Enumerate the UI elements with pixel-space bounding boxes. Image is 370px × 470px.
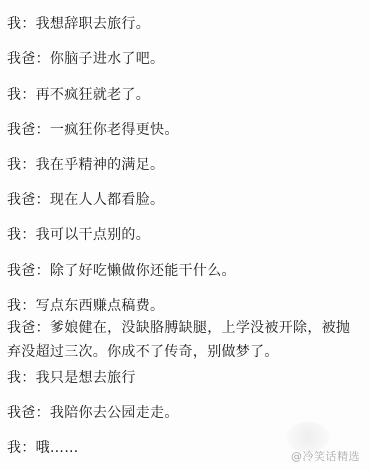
dialogue-text: 你脑子进水了吧。 [50,51,164,67]
dialogue-line: 我：再不疯狂就老了。 [7,85,359,106]
speaker-label: 我爸 [7,263,36,279]
dialogue-page: 我：我想辞职去旅行。我爸：你脑子进水了吧。我：再不疯狂就老了。我爸：一疯狂你老得… [0,0,370,470]
dialogue-line: 我爸：一疯狂你老得更快。 [7,120,359,141]
separator: ： [21,227,35,243]
speaker-label: 我 [7,16,21,32]
separator: ： [36,192,50,208]
dialogue-text: 再不疯狂就老了。 [36,87,150,103]
separator: ： [21,298,35,314]
separator: ： [36,405,50,421]
dialogue-line: 我：我只是想去旅行 [7,368,359,389]
speaker-label: 我爸 [7,192,36,208]
dialogue-text: 我陪你去公园走走。 [50,405,179,421]
speaker-label: 我爸 [7,405,36,421]
separator: ： [36,263,50,279]
speaker-label: 我 [7,370,21,386]
dialogue-text: 一疯狂你老得更快。 [50,122,179,138]
separator: ： [36,320,50,336]
separator: ： [36,122,50,138]
watermark: @冷笑话精选 [291,448,360,464]
dialogue-line: 我爸：爹娘健在，没缺胳膊缺腿，上学没被开除，被抛弃没超过三次。你成不了传奇，别做… [7,316,359,364]
speaker-label: 我 [7,227,21,243]
dialogue-line: 我爸：我陪你去公园走走。 [7,403,359,424]
dialogue-text: 哦…… [36,440,79,456]
dialogue-text: 爹娘健在，没缺胳膊缺腿，上学没被开除，被抛弃没超过三次。你成不了传奇，别做梦了。 [7,320,350,360]
separator: ： [21,440,35,456]
dialogue-line: 我：我可以干点别的。 [7,225,359,246]
separator: ： [21,87,35,103]
separator: ： [21,157,35,173]
speaker-label: 我爸 [7,51,36,67]
speaker-label: 我 [7,87,21,103]
dialogue-line: 我：我想辞职去旅行。 [7,14,359,35]
speaker-label: 我 [7,298,21,314]
dialogue-text: 写点东西赚点稿费。 [36,298,165,314]
dialogue-line: 我爸：你脑子进水了吧。 [7,49,359,70]
speaker-label: 我 [7,157,21,173]
speaker-label: 我 [7,440,21,456]
separator: ： [21,16,35,32]
dialogue-line: 我：我在乎精神的满足。 [7,155,359,176]
speaker-label: 我爸 [7,320,36,336]
separator: ： [36,51,50,67]
dialogue-text: 我想辞职去旅行。 [36,16,150,32]
dialogue-text: 除了好吃懒做你还能干什么。 [50,263,236,279]
dialogue-line: 我：写点东西赚点稿费。 [7,296,359,317]
speaker-label: 我爸 [7,122,36,138]
dialogue-text: 现在人人都看脸。 [50,192,164,208]
dialogue-line: 我爸：现在人人都看脸。 [7,190,359,211]
dialogue-line: 我爸：除了好吃懒做你还能干什么。 [7,261,359,282]
dialogue-text: 我只是想去旅行 [36,370,136,386]
dialogue-text: 我可以干点别的。 [36,227,150,243]
dialogue-text: 我在乎精神的满足。 [36,157,165,173]
separator: ： [21,370,35,386]
